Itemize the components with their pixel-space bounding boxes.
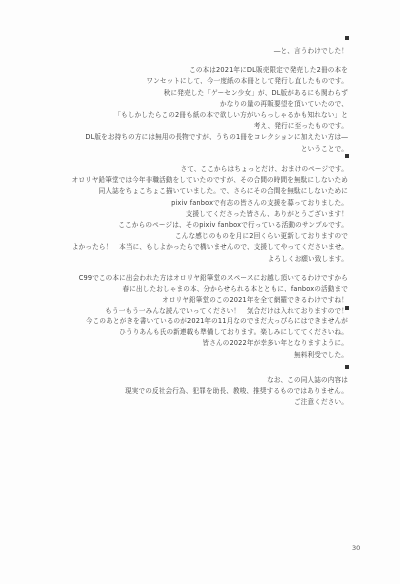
section-disclaimer: なお、この同人誌の内容は 現実での反社会行為、犯罪を助長、教唆、推奨するものでは… [125,365,348,409]
text-line: 秋に発売した「ゲーセン少女」が、DL版があるにも関わらず [85,88,348,99]
text-line: 「もしかしたらこの2冊も紙の本で欲しい方がいらっしゃるかも知れない」と [85,110,348,121]
section-marker-icon [345,365,349,369]
text-line: DL版をお持ちの方には無用の長物ですが、うちの1冊をコレクションに加えたい方は― [85,132,348,143]
text-line: 支援してくださった皆さん、ありがとうございます！ [72,209,348,220]
text-line: 無料利受でした。 [86,350,348,361]
section-intro: ―と、言うわけでした！ この本は2021年にDL販売限定で発売した2冊の本を ワ… [85,36,348,155]
text-line: かなりの量の再販要望を頂いていたので、 [85,99,348,110]
text-line: ご注意ください。 [125,397,348,408]
text-line: pixiv fanboxで有志の皆さんの支援を募っておりました。 [72,198,348,209]
text-line: オロリヤ鉛筆堂のこの2021年を全て網羅できるわけですね！ [72,295,348,306]
text-line: 考え、発行に至ったものです。 [85,121,348,132]
text-line: 今このあとがきを書いているのが2021年の11月なのでまだ大っぴらにはできません… [86,316,348,327]
text-line: オロリヤ鉛筆堂では今年非職活動をしていたのですが、その合間の時間を無駄にしないた… [72,175,348,186]
text-line: ひうりあんも氏の新連載も準備しております。楽しみにしててくださいね。 [86,327,348,338]
text-line: ―と、言うわけでした！ [85,46,348,57]
text-line: こんな感じのものを月に2回くらい更新しておりますので [72,231,348,242]
text-line: 春に出したおしゃまの本、分からせられる本とともに、fanboxの活動まで [72,284,348,295]
text-line: よろしくお願い致します。 [72,254,348,265]
text-line: 同人誌をちょこちょこ描いていました。で、さらにその合間を無駄にしないために [72,186,348,197]
text-line: C99でこの本に出会われた方はオロリヤ鉛筆堂のスペースにお越し頂いてるわけですか… [72,273,348,284]
text-line: ここからのページは、そのpixiv fanboxで行っている活動のサンプルです。 [72,220,348,231]
spacer [72,265,348,273]
section-marker-icon [345,306,349,310]
section-extra-pages: さて、ここからはちょっとだけ、おまけのページです。 オロリヤ鉛筆堂では今年非職活… [72,154,348,318]
document-page: ―と、言うわけでした！ この本は2021年にDL販売限定で発売した2冊の本を ワ… [0,0,400,584]
page-number: 30 [352,544,360,552]
text-line: よかったら！ 本当に、もしよかったらで構いませんので、支援してやってくださいませ… [72,242,348,253]
text-line: なお、この同人誌の内容は [125,375,348,386]
section-future-plans: 今このあとがきを書いているのが2021年の11月なのでまだ大っぴらにはできません… [86,306,348,361]
text-line: この本は2021年にDL販売限定で発売した2冊の本を [85,65,348,76]
spacer [85,57,348,65]
section-marker-icon [345,154,349,158]
text-line: 現実での反社会行為、犯罪を助長、教唆、推奨するものではありません。 [125,386,348,397]
text-line: さて、ここからはちょっとだけ、おまけのページです。 [72,164,348,175]
text-line: 皆さんの2022年が幸多い年となりますように。 [86,338,348,349]
section-marker-icon [345,36,349,40]
text-line: ワンセットにして、今一度紙の本冊として発行し直したものです。 [85,76,348,87]
